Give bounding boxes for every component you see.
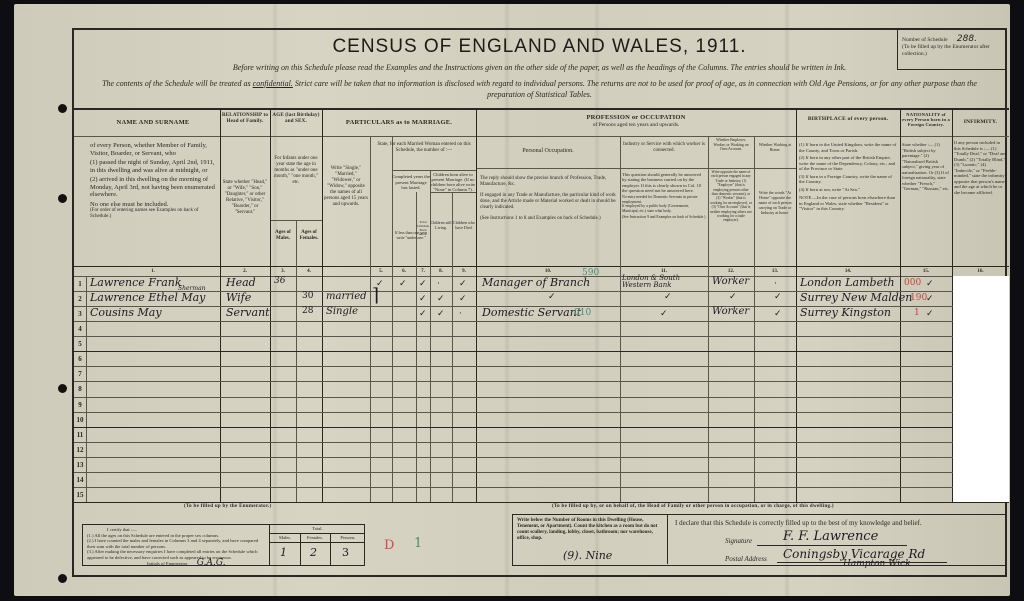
punch-hole-icon [58,104,67,113]
row-number: 11 [74,431,86,439]
row-number: 1 [74,280,86,288]
census-sheet: CENSUS OF ENGLAND AND WALES, 1911. Befor… [14,4,1010,596]
occupation-code: 590 [582,268,599,278]
name-cell: Lawrence Ethel May [90,291,205,304]
check-mark-icon: ✓ [926,293,934,304]
enumerator-initials: G.A.G. [197,558,226,568]
header-profession: PROFESSION or OCCUPATION [476,114,796,121]
confidentiality-notice: The contents of the Schedule will be tre… [84,78,995,100]
marital-cell: Single [326,306,358,317]
enumerator-certificate: I certify that :— (1.) All the ages on t… [82,524,365,566]
relationship-cell: Head [226,276,256,289]
relationship-cell: Wife [226,291,251,304]
row-number: 10 [74,416,86,424]
enumerator-heading: (To be filled up by the Enumerator.) [184,504,272,509]
occupation-cell: Domestic Servant [482,306,581,319]
red-mark: D [384,538,394,553]
check-mark-icon: ✓ [459,278,467,289]
check-mark-icon: · [459,308,462,318]
header-marriage: PARTICULARS as to MARRIAGE. [322,119,476,126]
row-number: 5 [74,340,86,348]
total-females: 2 [310,546,317,559]
total-males: 1 [280,546,287,559]
check-mark-icon: ✓ [774,291,782,302]
row-number: 15 [74,491,86,499]
check-mark-icon: ✓ [660,308,668,319]
row-number: 12 [74,446,86,454]
row-number: 9 [74,401,86,409]
form-frame: CENSUS OF ENGLAND AND WALES, 1911. Befor… [72,28,1007,577]
schedule-number-box: Number of Schedule 288. (To be filled up… [897,28,1007,70]
check-mark-icon: · [437,278,440,288]
name-cell: Cousins May [90,306,162,319]
punch-hole-icon [58,194,67,203]
row-number: 4 [74,325,86,333]
bracket-mark-icon: ⌉ [372,286,379,304]
header-infirmity: INFIRMITY. [952,119,1009,126]
check-mark-icon: · [774,278,777,288]
schedule-number: 288. [957,34,977,44]
birthplace-cell: Surrey Kingston [800,306,891,319]
check-mark-icon: ✓ [437,293,445,304]
rooms-value: (9). Nine [563,549,612,562]
check-mark-icon: ✓ [419,308,427,319]
row-number: 3 [74,310,86,318]
header-relationship: RELATIONSHIP to Head of Family. [220,113,270,125]
check-mark-icon: ✓ [419,278,427,289]
check-mark-icon: ✓ [399,278,407,289]
redacted-infirmity-area [953,276,1009,502]
header-nationality: NATIONALITY of every Person born in a Fo… [900,112,952,127]
punch-hole-icon [58,384,67,393]
birthplace-cell: Surrey New Malden [800,291,912,304]
header-name: NAME AND SURNAME [86,119,220,126]
row-number: 6 [74,355,86,363]
check-mark-icon: ✓ [926,278,934,289]
name-annotation: Sherman [178,285,206,292]
check-mark-icon: ✓ [664,291,672,302]
age-male-cell: 36 [274,276,285,286]
row-number: 7 [74,370,86,378]
postal-address-line2: Hampton Wick [843,559,911,569]
occupation-cell: Manager of Branch [482,276,590,289]
row-number: 8 [74,385,86,393]
check-mark-icon: ✓ [459,293,467,304]
totals-box: Total. Males. Females. Persons. 1 2 3 [269,525,365,565]
header-age: AGE (last Birthday) and SEX. [270,113,322,125]
row-number: 14 [74,476,86,484]
relationship-cell: Servant [226,306,270,319]
household-heading: (To be filled up by, or on behalf of, th… [552,504,834,509]
employment-cell: Worker [712,276,749,287]
check-mark-icon: ✓ [437,308,445,319]
industry-cell: London & South Western Bank [622,275,706,289]
birthplace-code: 190 [910,293,927,303]
instructions-line: Before writing on this Schedule please r… [74,63,1005,72]
birthplace-cell: London Lambeth [800,276,895,289]
punch-hole-icon [58,574,67,583]
declaration-text: I declare that this Schedule is correctl… [675,519,922,527]
check-mark-icon: ✓ [926,308,934,319]
birthplace-code: 000 [904,278,921,288]
household-declaration: Write below the Number of Rooms in this … [512,514,1007,566]
check-mark-icon: ✓ [548,291,556,302]
marital-cell: married [326,291,367,302]
check-mark-icon: ✓ [729,291,737,302]
green-mark: 1 [414,536,422,551]
document-title: CENSUS OF ENGLAND AND WALES, 1911. [74,36,1005,58]
age-female-cell: 28 [302,306,313,316]
header-name-instructions: of every Person, whether Member of Famil… [90,142,218,219]
check-mark-icon: ✓ [774,308,782,319]
census-table: NAME AND SURNAME of every Person, whethe… [74,108,1009,500]
row-number: 2 [74,295,86,303]
row-number: 13 [74,461,86,469]
birthplace-code: 1 [914,308,920,318]
header-birthplace: BIRTHPLACE of every person. [796,116,900,123]
age-female-cell: 30 [302,291,313,301]
check-mark-icon: ✓ [419,293,427,304]
name-cell: Lawrence Frank [90,276,182,289]
occupation-code: 010 [574,308,591,318]
total-persons: 3 [342,546,349,559]
signature: F. F. Lawrence [783,529,878,544]
employment-cell: Worker [712,306,749,317]
